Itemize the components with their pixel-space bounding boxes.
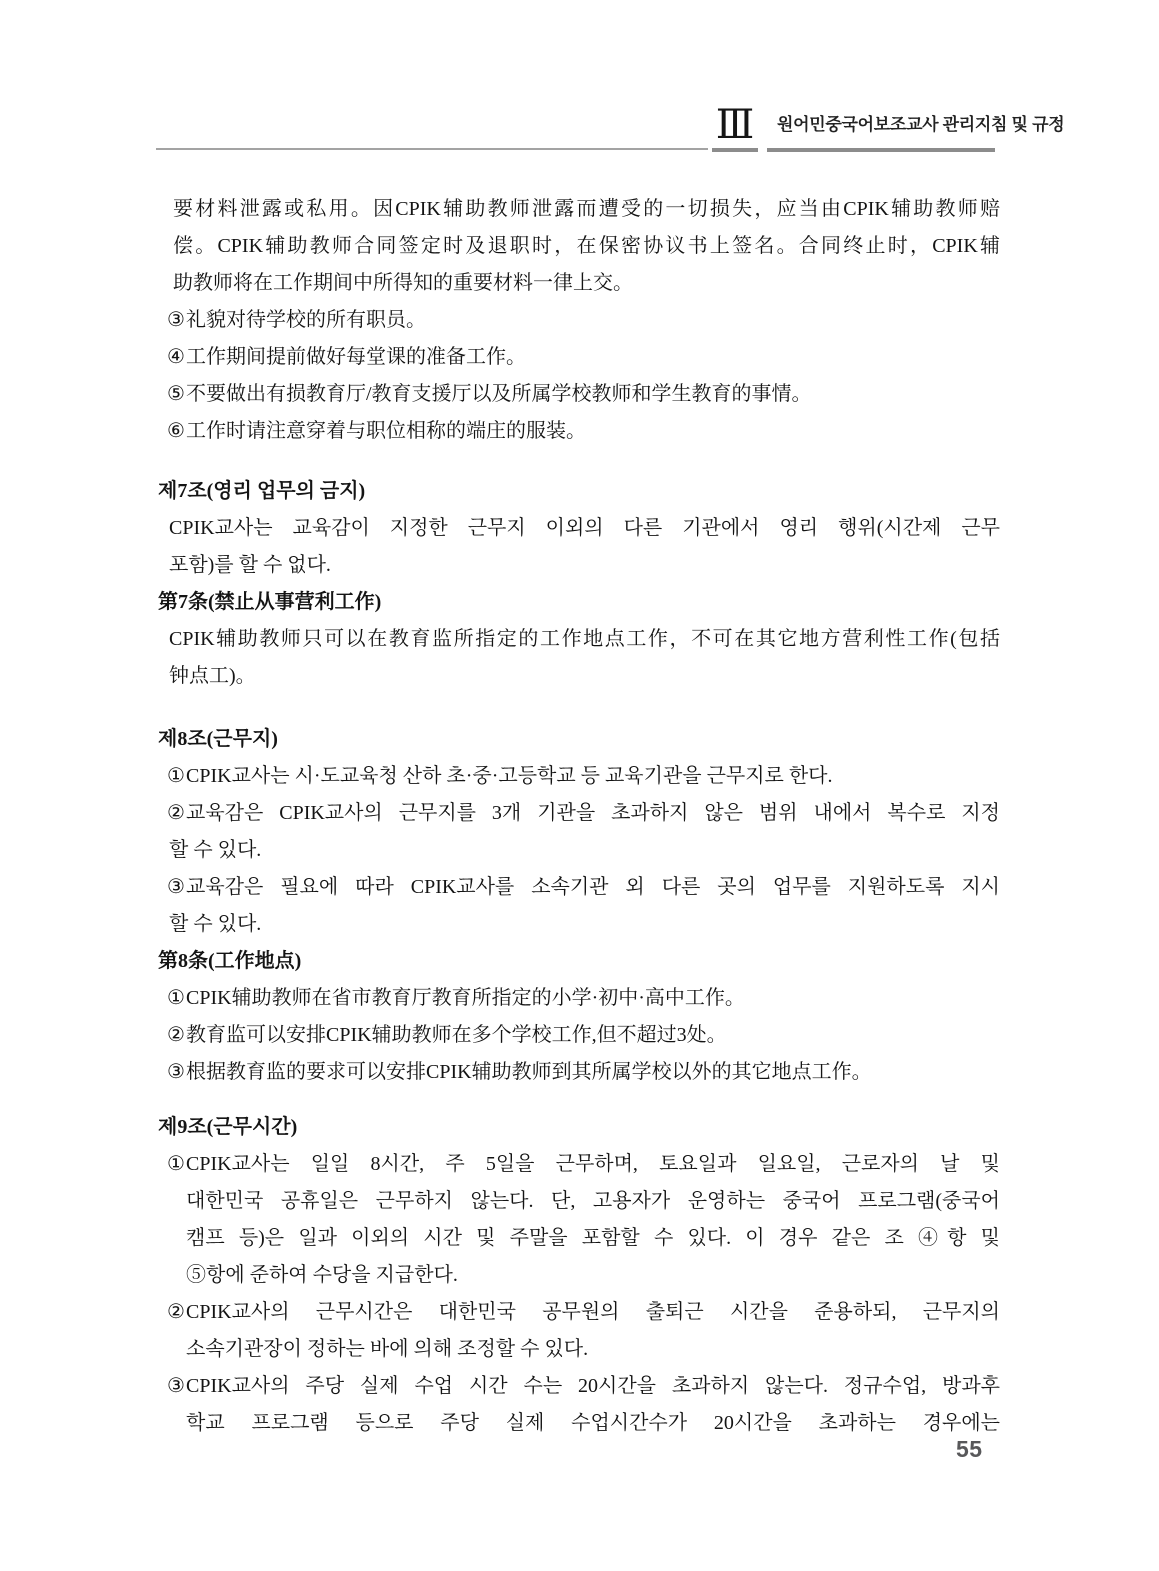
article7-ko: 제7조(영리 업무의 금지) CPIK교사는 교육감이 지정한 근무지 이외의 … — [158, 473, 1000, 584]
list-item: ④ 工作期间提前做好每堂课的准备工作。 — [158, 339, 1000, 376]
duty-items-list: ③ 礼貌对待学校的所有职员。 ④ 工作期间提前做好每堂课的准备工作。 ⑤ 不要做… — [158, 302, 1000, 450]
text-line: 소속기관장이 정하는 바에 의해 조정할 수 있다. — [158, 1331, 1000, 1368]
item-marker: ① — [167, 758, 185, 795]
text-line: 要材料泄露或私用。因CPIK辅助教师泄露而遭受的一切损失，应当由CPIK辅助教师… — [158, 191, 1000, 228]
list-item: ③ 根据教育监的要求可以安排CPIK辅助教师到其所属学校以外的其它地点工作。 — [158, 1054, 1000, 1091]
text-line: 助教师将在工作期间中所得知的重要材料一律上交。 — [158, 265, 1000, 302]
item-marker: ② — [167, 795, 185, 832]
list-item: ③ 교육감은 필요에 따라 CPIK교사를 소속기관 외 다른 곳의 업무를 지… — [158, 869, 1000, 906]
item-text: 교육감은 필요에 따라 CPIK교사를 소속기관 외 다른 곳의 업무를 지원하… — [186, 876, 1000, 898]
item-marker: ① — [167, 1146, 185, 1183]
item-text: 교육감은 CPIK교사의 근무지를 3개 기관을 초과하지 않은 범위 내에서 … — [186, 802, 1000, 824]
item-text: 工作时请注意穿着与职位相称的端庄的服装。 — [186, 420, 586, 442]
item-marker: ③ — [167, 869, 185, 906]
header-rule-thin — [156, 148, 708, 150]
item-marker: ④ — [167, 339, 185, 376]
text-line: 학교 프로그램 등으로 주당 실제 수업시간수가 20시간을 초과하는 경우에는 — [158, 1405, 1000, 1442]
article8-zh-heading: 第8条(工作地点) — [158, 943, 1000, 980]
article8-ko: 제8조(근무지) ① CPIK교사는 시·도교육청 산하 초·중·고등학교 등 … — [158, 721, 1000, 943]
item-text: 不要做出有损教育厅/教育支援厅以及所属学校教师和学生教育的事情。 — [186, 383, 812, 405]
item-text: 根据教育监的要求可以安排CPIK辅助教师到其所属学校以外的其它地点工作。 — [186, 1061, 872, 1083]
item-text: CPIK교사의 주당 실제 수업 시간 수는 20시간을 초과하지 않는다. 정… — [186, 1375, 1000, 1397]
article8-zh: 第8条(工作地点) ① CPIK辅助教师在省市教育厅教育所指定的小学·初中·高中… — [158, 943, 1000, 1091]
item-marker: ⑥ — [167, 413, 185, 450]
article8-ko-heading: 제8조(근무지) — [158, 721, 1000, 758]
document-page: { "header": { "numeral": "Ⅲ", "title": "… — [0, 0, 1159, 1571]
item-marker: ⑤ — [167, 376, 185, 413]
article7-zh: 第7条(禁止从事营利工作) CPIK辅助教师只可以在教育监所指定的工作地点工作，… — [158, 584, 1000, 695]
text-line: 대한민국 공휴일은 근무하지 않는다. 단, 고용자가 운영하는 중국어 프로그… — [158, 1183, 1000, 1220]
text-line: 캠프 등)은 일과 이외의 시간 및 주말을 포함할 수 있다. 이 경우 같은… — [158, 1220, 1000, 1257]
chapter-title: 원어민중국어보조교사 관리지침 및 규정 — [777, 110, 1037, 140]
item-marker: ③ — [167, 1368, 185, 1405]
item-marker: ③ — [167, 302, 185, 339]
list-item: ① CPIK辅助教师在省市教育厅教育所指定的小学·初中·高中工作。 — [158, 980, 1000, 1017]
text-line: 할 수 있다. — [158, 906, 1000, 943]
item-text: 工作期间提前做好每堂课的准备工作。 — [186, 346, 526, 368]
item-marker: ② — [167, 1017, 185, 1054]
chapter-numeral: Ⅲ — [712, 104, 758, 146]
list-item: ⑤ 不要做出有损教育厅/教育支援厅以及所属学校教师和学生教育的事情。 — [158, 376, 1000, 413]
list-item: ② CPIK교사의 근무시간은 대한민국 공무원의 출퇴근 시간을 준용하되, … — [158, 1294, 1000, 1331]
item-marker: ② — [167, 1294, 185, 1331]
text-line: ⑤항에 준하여 수당을 지급한다. — [158, 1257, 1000, 1294]
article7-zh-heading: 第7条(禁止从事营利工作) — [158, 584, 1000, 621]
item-text: 教育监可以安排CPIK辅助教师在多个学校工作,但不超过3处。 — [186, 1024, 727, 1046]
article9-ko: 제9조(근무시간) ① CPIK교사는 일일 8시간, 주 5일을 근무하며, … — [158, 1109, 1000, 1442]
list-item: ① CPIK교사는 시·도교육청 산하 초·중·고등학교 등 교육기관을 근무지… — [158, 758, 1000, 795]
item-text: 礼貌对待学校的所有职员。 — [186, 309, 426, 331]
item-marker: ① — [167, 980, 185, 1017]
item-marker: ③ — [167, 1054, 185, 1091]
text-line: 할 수 있다. — [158, 832, 1000, 869]
chapter-numeral-underline — [712, 148, 758, 152]
article9-ko-heading: 제9조(근무시간) — [158, 1109, 1000, 1146]
list-item: ① CPIK교사는 일일 8시간, 주 5일을 근무하며, 토요일과 일요일, … — [158, 1146, 1000, 1183]
list-item: ② 教育监可以安排CPIK辅助教师在多个学校工作,但不超过3处。 — [158, 1017, 1000, 1054]
list-item: ② 교육감은 CPIK교사의 근무지를 3개 기관을 초과하지 않은 범위 내에… — [158, 795, 1000, 832]
text-line: CPIK교사는 교육감이 지정한 근무지 이외의 다른 기관에서 영리 행위(시… — [158, 510, 1000, 547]
article7-ko-heading: 제7조(영리 업무의 금지) — [158, 473, 1000, 510]
page-number: 55 — [956, 1436, 1000, 1463]
item-text: CPIK교사는 일일 8시간, 주 5일을 근무하며, 토요일과 일요일, 근로… — [186, 1153, 1000, 1175]
document-body: 要材料泄露或私用。因CPIK辅助教师泄露而遭受的一切损失，应当由CPIK辅助教师… — [158, 191, 1000, 1442]
list-item: ③ 礼貌对待学校的所有职员。 — [158, 302, 1000, 339]
chapter-title-underline — [767, 148, 995, 152]
item-text: CPIK교사는 시·도교육청 산하 초·중·고등학교 등 교육기관을 근무지로 … — [186, 765, 833, 787]
item-text: CPIK辅助教师在省市教育厅教育所指定的小学·初中·高中工作。 — [186, 987, 745, 1009]
item-text: CPIK교사의 근무시간은 대한민국 공무원의 출퇴근 시간을 준용하되, 근무… — [186, 1301, 1000, 1323]
text-line: CPIK辅助教师只可以在教育监所指定的工作地点工作，不可在其它地方营利性工作(包… — [158, 621, 1000, 658]
text-line: 偿。CPIK辅助教师合同签定时及退职时，在保密协议书上签名。合同终止时，CPIK… — [158, 228, 1000, 265]
list-item: ⑥ 工作时请注意穿着与职位相称的端庄的服装。 — [158, 413, 1000, 450]
text-line: 钟点工)。 — [158, 658, 1000, 695]
list-item: ③ CPIK교사의 주당 실제 수업 시간 수는 20시간을 초과하지 않는다.… — [158, 1368, 1000, 1405]
text-line: 포함)를 할 수 없다. — [158, 547, 1000, 584]
intro-paragraph: 要材料泄露或私用。因CPIK辅助教师泄露而遭受的一切损失，应当由CPIK辅助教师… — [158, 191, 1000, 302]
